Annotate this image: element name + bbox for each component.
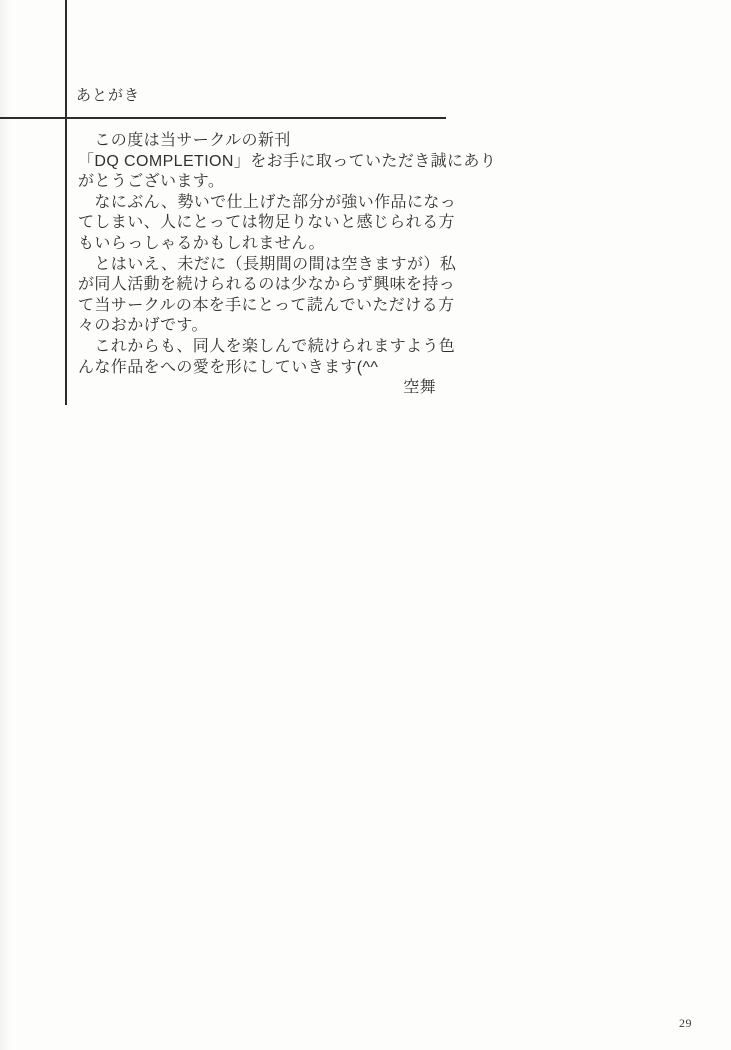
body-line: とはいえ、未だに（長期間の間は空きますが）私 — [78, 255, 436, 276]
body-line: てしまい、人にとっては物足りないと感じられる方 — [78, 213, 436, 234]
body-line: これからも、同人を楽しんで続けられますよう色 — [78, 337, 436, 358]
body-line: なにぶん、勢いで仕上げた部分が強い作品になっ — [78, 193, 436, 214]
body-line: この度は当サークルの新刊 — [78, 131, 436, 152]
body-line: んな作品をへの愛を形にしていきます(^^ — [78, 358, 436, 379]
afterword-body: この度は当サークルの新刊 「DQ COMPLETION」をお手に取っていただき誠… — [78, 131, 436, 399]
body-line: がとうございます。 — [78, 172, 436, 193]
body-line: 々のおかげです。 — [78, 316, 436, 337]
body-line: 「DQ COMPLETION」をお手に取っていただき誠にあり — [78, 152, 436, 173]
body-line: が同人活動を続けられるのは少なからず興味を持っ — [78, 275, 436, 296]
author-signature: 空舞 — [78, 378, 436, 399]
vertical-rule — [65, 0, 67, 405]
scan-edge-shading — [0, 0, 10, 1050]
page-number: 29 — [679, 1016, 692, 1031]
body-line: て当サークルの本を手にとって読んでいただける方 — [78, 296, 436, 317]
afterword-page: あとがき この度は当サークルの新刊 「DQ COMPLETION」をお手に取って… — [0, 0, 731, 1050]
body-line: もいらっしゃるかもしれません。 — [78, 234, 436, 255]
afterword-heading: あとがき — [76, 84, 140, 105]
horizontal-rule — [0, 117, 446, 119]
